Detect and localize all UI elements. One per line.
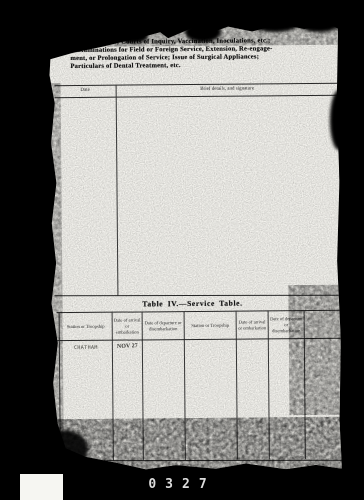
table4-header-cell: Date of arrival or embarkation	[113, 311, 142, 341]
table3-header-date: Date	[55, 85, 116, 98]
table4-column-station-2: Station or Troopship	[184, 311, 237, 460]
table4-column-arrival-2: Date of arrival or embarkation	[236, 310, 269, 459]
table4-column-departure-2: Date of departure or disembarkation	[268, 310, 306, 459]
table4-row-station: CHATHAM	[60, 345, 112, 351]
table4-column-departure-1: Date of departure or disembarkation	[142, 311, 185, 460]
table4-column-station-1: Station or Troopship CHATHAM	[59, 312, 113, 461]
film-edge-mark	[20, 474, 63, 500]
table4-title: Table IV.—Service Table.	[44, 298, 340, 310]
table4-header-cell: Date of arrival or embarkation	[237, 310, 268, 340]
microfilm-scan: Table III.—Boards; Courts of Inquiry, Va…	[0, 0, 364, 500]
record-page: Table III.—Boards; Courts of Inquiry, Va…	[42, 21, 342, 472]
table3-bottom-rule	[54, 295, 342, 297]
table4-header-cell: Date of departure or disembarkation	[143, 311, 184, 341]
table4-header-cell: Station or Troopship	[60, 312, 112, 342]
table4-header-cell: Date of departure or disembarkation	[269, 310, 304, 340]
table4-row-arrival-stamp: NOV 27	[113, 343, 142, 350]
table3-title-line: Particulars of Dental Treatment, etc.	[60, 61, 322, 71]
film-frame-number: 0327	[122, 477, 242, 492]
table4-bottom-rule	[56, 460, 344, 462]
table3-column-divider	[116, 85, 119, 296]
table4-column-arrival-1: Date of arrival or embarkation NOV 27	[112, 311, 143, 460]
table3-title: Table III.—Boards; Courts of Inquiry, Va…	[60, 37, 322, 71]
table4-grid: Station or Troopship CHATHAM Date of arr…	[59, 310, 306, 461]
table4-header-cell: Station or Troopship	[185, 311, 236, 341]
